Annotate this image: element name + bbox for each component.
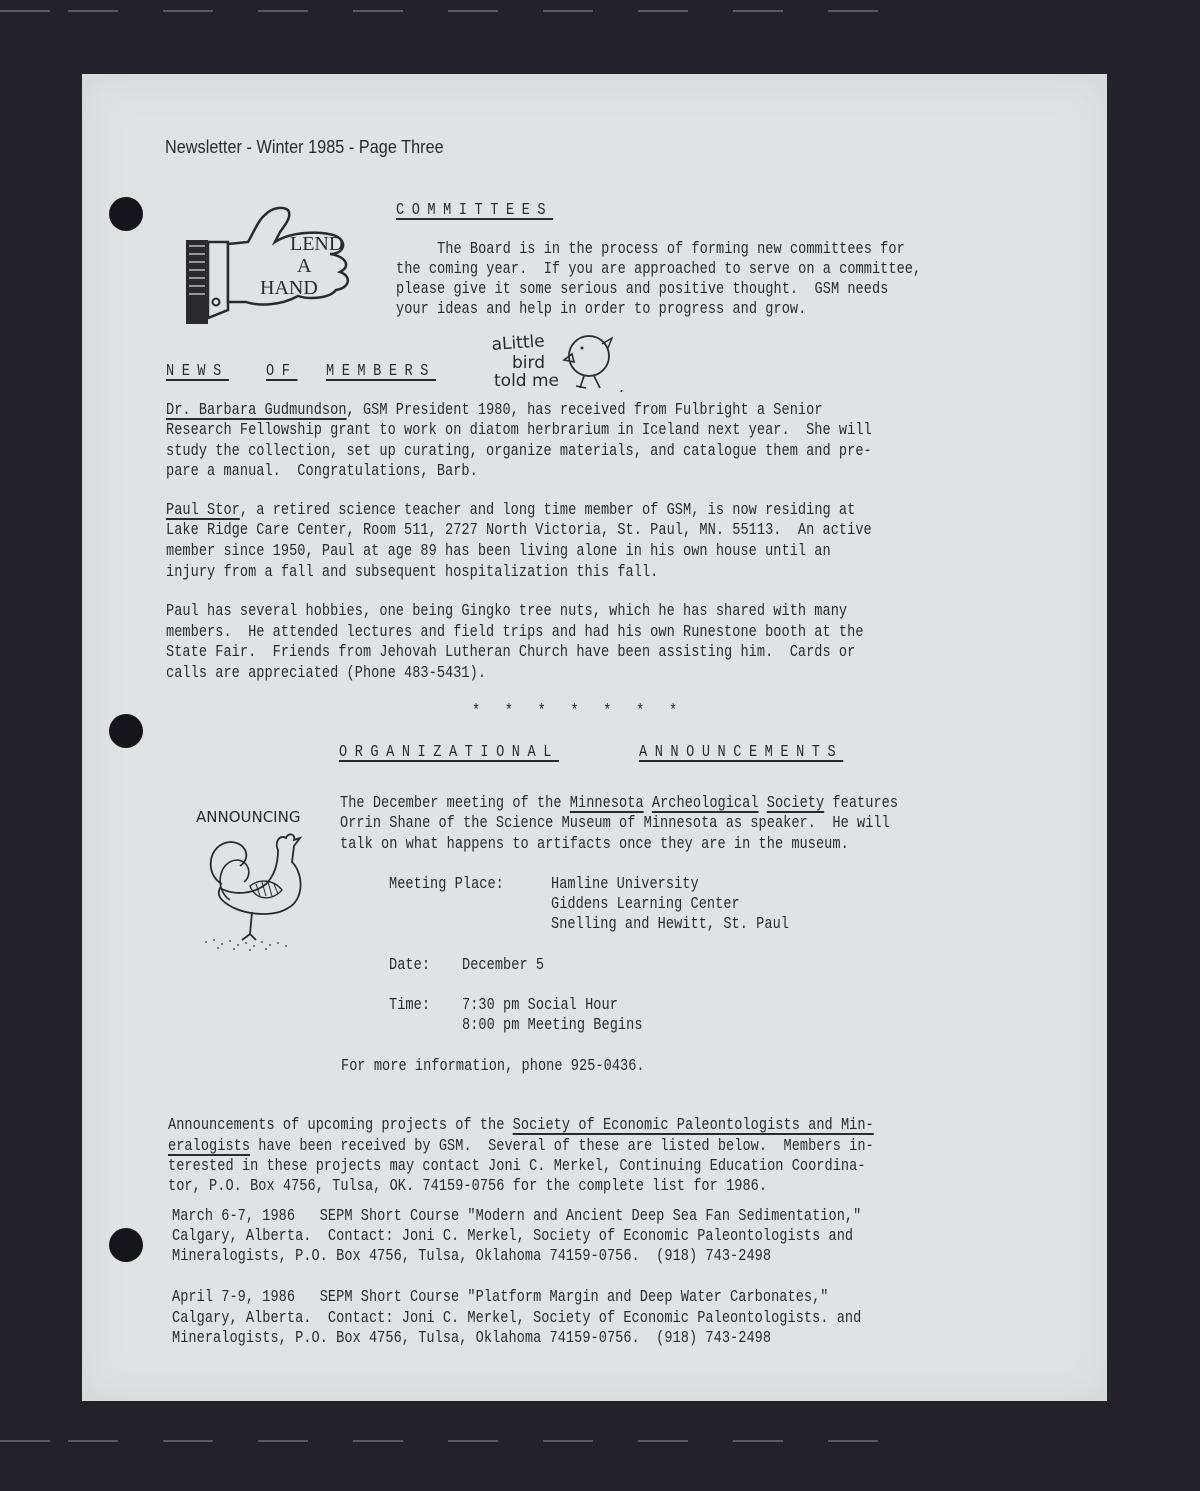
svg-text:aLittle: aLittle (491, 331, 545, 355)
film-edge-marks-bottom (0, 1438, 1200, 1444)
svg-text:,: , (618, 381, 626, 392)
meeting-place-label: Meeting Place: (389, 874, 504, 894)
member-name: Paul Stor (166, 500, 240, 519)
svg-text:A: A (297, 255, 312, 277)
org-name: Society of Economic Paleontologists and … (513, 1115, 874, 1134)
date-value: December 5 (462, 955, 544, 975)
section-separator: * * * * * * * (472, 701, 677, 721)
punch-hole (109, 714, 143, 748)
running-title: Newsletter - Winter 1985 - Page Three (165, 137, 444, 157)
member-name: Dr. Barbara Gudmundson (166, 400, 347, 419)
svg-text:LEND: LEND (290, 233, 343, 255)
time-label: Time: (389, 995, 430, 1015)
rooster-icon: ANNOUNCING (194, 804, 324, 966)
lend-a-hand-icon: LEND A HAND (180, 202, 370, 328)
org-name: Minnesota (570, 793, 644, 812)
punch-hole (109, 1228, 143, 1262)
date-label: Date: (389, 955, 430, 975)
svg-text:told me: told me (494, 371, 559, 391)
newsletter-page: Newsletter - Winter 1985 - Page Three LE… (82, 74, 1107, 1401)
svg-text:HAND: HAND (260, 277, 318, 299)
film-edge-marks-top (0, 8, 1200, 14)
svg-text:bird: bird (512, 353, 545, 373)
more-info: For more information, phone 925-0436. (341, 1056, 645, 1076)
svg-text:ANNOUNCING: ANNOUNCING (196, 808, 300, 826)
committees-heading: COMMITTEES (396, 200, 553, 220)
little-bird-icon: aLittle bird told me , (490, 330, 630, 392)
punch-hole (109, 197, 143, 231)
